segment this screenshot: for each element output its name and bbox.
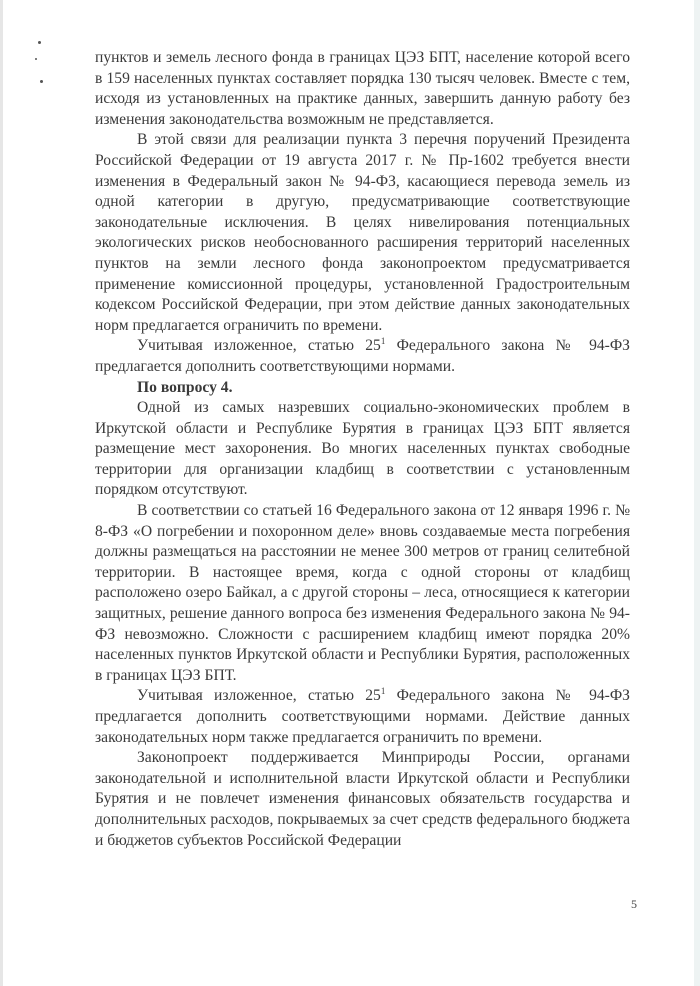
scan-speck bbox=[40, 80, 43, 83]
section-heading: По вопросу 4. bbox=[95, 378, 630, 399]
paragraph-law-changes: В этой связи для реализации пункта 3 пер… bbox=[95, 130, 630, 336]
paragraph-article-25-1-proposal: Учитывая изложенное, статью 251 Федераль… bbox=[95, 336, 630, 377]
document-page: пунктов и земель лесного фонда в граница… bbox=[95, 48, 630, 851]
text-part: Учитывая изложенное, статью 25 bbox=[137, 687, 381, 704]
scan-left-edge bbox=[0, 0, 3, 986]
paragraph-bill-support: Законопроект поддерживается Минприроды Р… bbox=[95, 748, 630, 851]
page-number: 5 bbox=[631, 897, 637, 912]
paragraph-article-25-1-time-limit: Учитывая изложенное, статью 251 Федераль… bbox=[95, 686, 630, 748]
scan-speck bbox=[38, 41, 41, 44]
paragraph-burial-problem: Одной из самых назревших социально-эконо… bbox=[95, 398, 630, 501]
paragraph-continuation: пунктов и земель лесного фонда в граница… bbox=[95, 48, 630, 130]
scan-speck bbox=[35, 58, 37, 60]
scan-right-edge bbox=[694, 0, 700, 986]
paragraph-burial-law: В соответствии со статьей 16 Федеральног… bbox=[95, 501, 630, 686]
text-part: Учитывая изложенное, статью 25 bbox=[137, 337, 381, 354]
